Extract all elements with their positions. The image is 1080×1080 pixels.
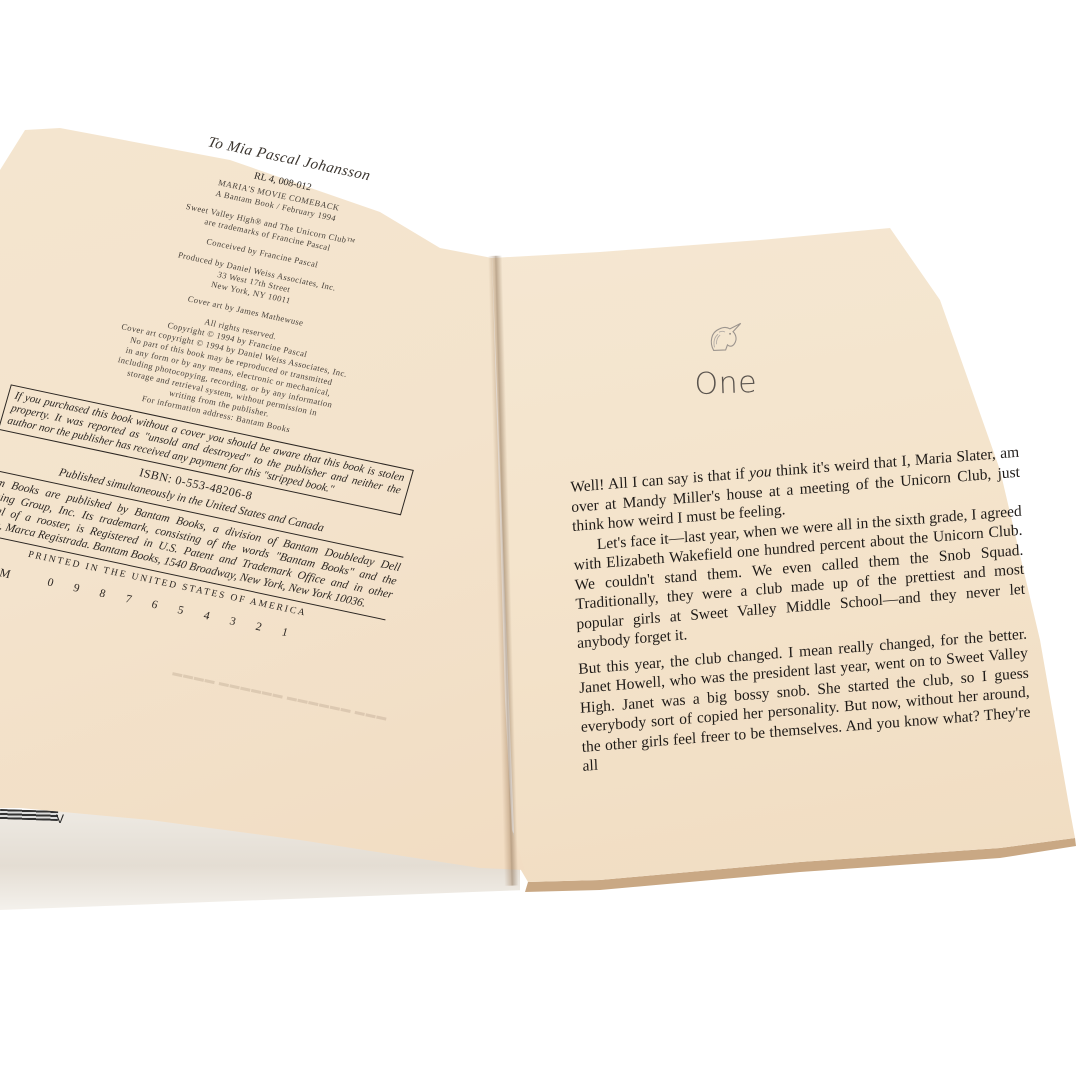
opm-code: OPM bbox=[0, 563, 12, 581]
chapter-heading: One bbox=[639, 317, 812, 404]
unicorn-icon bbox=[703, 319, 746, 356]
chapter-title: One bbox=[640, 363, 811, 404]
chapter-body: Well! All I can say is that if you think… bbox=[570, 443, 1032, 777]
cover-letter: V bbox=[56, 812, 64, 826]
emphasis-text: you bbox=[749, 463, 772, 482]
open-book-photo: V To Mia Pascal Johansson RL 4, 008-012 … bbox=[0, 0, 1080, 1080]
barcode-fragment bbox=[0, 809, 58, 821]
